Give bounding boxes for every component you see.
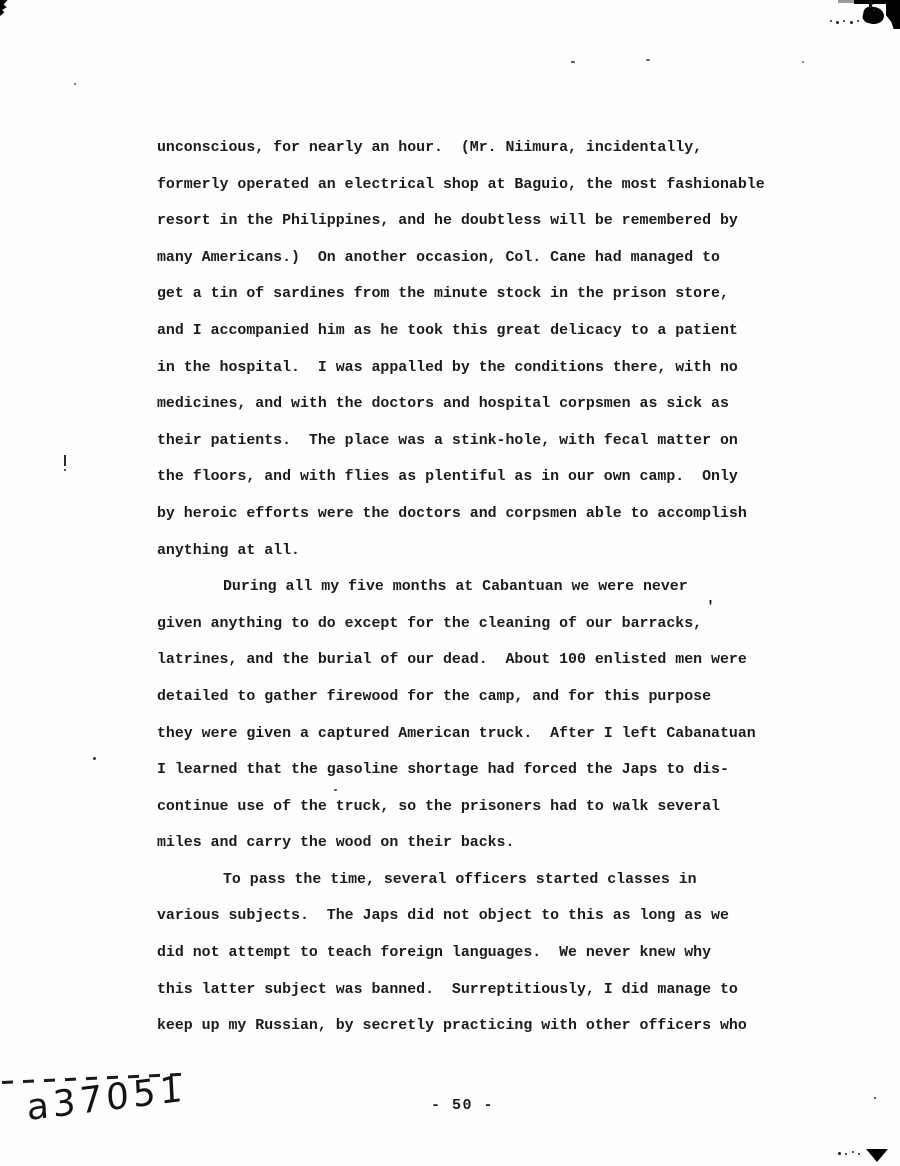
text-line: unconscious, for nearly an hour. (Mr. Ni…: [157, 130, 817, 167]
text-line: given anything to do except for the clea…: [157, 606, 817, 643]
text-line: by heroic efforts were the doctors and c…: [157, 496, 817, 533]
text-line: they were given a captured American truc…: [157, 716, 817, 753]
text-line: To pass the time, several officers start…: [157, 862, 817, 899]
scan-speck: [836, 21, 839, 24]
text-line: this latter subject was banned. Surrepti…: [157, 972, 817, 1009]
text-line: many Americans.) On another occasion, Co…: [157, 240, 817, 277]
text-line: and I accompanied him as he took this gr…: [157, 313, 817, 350]
scan-speck: [852, 1151, 854, 1153]
paragraph: To pass the time, several officers start…: [157, 862, 817, 1045]
margin-tick-mark: [64, 455, 66, 466]
text-line: various subjects. The Japs did not objec…: [157, 898, 817, 935]
scan-speck: [874, 1097, 876, 1099]
text-line: medicines, and with the doctors and hosp…: [157, 386, 817, 423]
scan-speck: [74, 83, 76, 85]
scan-speck: [850, 21, 853, 24]
scan-speck: [646, 59, 650, 61]
scan-artifact-bottom-right-triangle: [866, 1149, 888, 1162]
text-line: During all my five months at Cabantuan w…: [157, 569, 817, 606]
scan-speck: [802, 61, 804, 63]
text-line: get a tin of sardines from the minute st…: [157, 276, 817, 313]
text-line: I learned that the gasoline shortage had…: [157, 752, 817, 789]
scan-speck: [571, 61, 575, 63]
scan-artifact-top-right-band: [886, 0, 900, 29]
scanned-page: unconscious, for nearly an hour. (Mr. Ni…: [0, 0, 900, 1166]
scan-speck: [93, 757, 96, 760]
scan-speck: [64, 469, 66, 471]
scan-speck: [858, 1153, 860, 1155]
text-line: latrines, and the burial of our dead. Ab…: [157, 642, 817, 679]
scan-speck: [845, 1153, 847, 1155]
text-line: detailed to gather firewood for the camp…: [157, 679, 817, 716]
paragraph: unconscious, for nearly an hour. (Mr. Ni…: [157, 130, 817, 569]
document-text: unconscious, for nearly an hour. (Mr. Ni…: [157, 130, 817, 1045]
text-line: miles and carry the wood on their backs.: [157, 825, 817, 862]
scan-speck: [857, 20, 859, 22]
scan-speck: [873, 9, 875, 11]
scan-speck: [830, 20, 832, 22]
stray-apostrophe-mark: ': [706, 599, 715, 616]
text-line: formerly operated an electrical shop at …: [157, 167, 817, 204]
paragraph: During all my five months at Cabantuan w…: [157, 569, 817, 862]
text-line: continue use of the truck, so the prison…: [157, 789, 817, 826]
handwritten-id: a37051: [26, 1068, 188, 1129]
scan-artifact-top-left-corner: [0, 0, 9, 16]
text-line: resort in the Philippines, and he doubtl…: [157, 203, 817, 240]
scan-speck: [334, 789, 337, 791]
page-number: - 50 -: [431, 1097, 494, 1114]
text-line: anything at all.: [157, 533, 817, 570]
text-line: did not attempt to teach foreign languag…: [157, 935, 817, 972]
scan-speck: [871, 3, 873, 5]
text-line: the floors, and with flies as plentiful …: [157, 459, 817, 496]
scan-speck: [838, 1152, 841, 1155]
text-line: in the hospital. I was appalled by the c…: [157, 350, 817, 387]
text-line: their patients. The place was a stink-ho…: [157, 423, 817, 460]
text-line: keep up my Russian, by secretly practici…: [157, 1008, 817, 1045]
scan-speck: [843, 20, 845, 22]
